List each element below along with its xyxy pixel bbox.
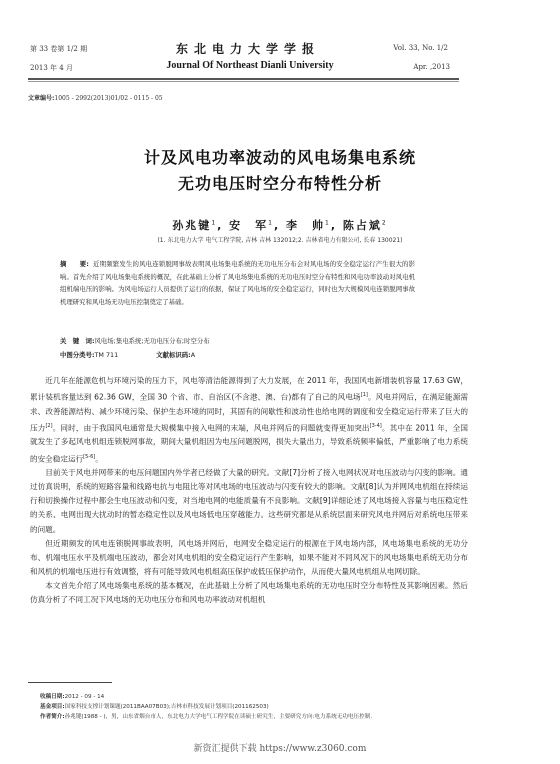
citation: [3-4] bbox=[370, 423, 382, 429]
author-affiliation-mark: 1 bbox=[268, 219, 274, 226]
journal-title-en: Journal Of Northeast Dianli University bbox=[150, 60, 350, 71]
doc-code-value: A bbox=[191, 351, 195, 359]
paragraph-3: 但近期频发的风电连锁脱网事故表明，风电场并网后，电网安全稳定运行的根源在于风电场… bbox=[30, 537, 468, 579]
journal-title-cn: 东北电力大学学报 bbox=[163, 40, 333, 57]
article-number-value: 1005 - 2992(2013)01/02 - 0115 - 05 bbox=[54, 95, 162, 102]
paragraph-4: 本文首先介绍了风电场集电系统的基本概况，在此基础上分析了风电场集电系统的无功电压… bbox=[30, 579, 468, 607]
author-bio: 作者简介:孙兆键(1988 - )，男，山东省烟台市人，东北电力大学电气工程学院… bbox=[40, 712, 480, 722]
affiliations: (1. 东北电力大学 电气工程学院, 吉林 吉林 132012;2. 吉林省电力… bbox=[60, 235, 500, 244]
classification: 中图分类号:TM 711文献标识码:A bbox=[60, 350, 195, 359]
author-name: 孙兆键 bbox=[172, 219, 211, 232]
author-list: 孙兆键1, 安 军1, 李 帅1, 陈占斌2 bbox=[100, 217, 460, 233]
paragraph-2: 目前关于风电并网带来的电压问题国内外学者已经做了大量的研究。文献[7]分析了接入… bbox=[30, 466, 468, 536]
article-number: 文章编号:1005 - 2992(2013)01/02 - 0115 - 05 bbox=[28, 93, 163, 102]
keywords: 关 键 词:风电场;集电系统;无功电压分布;时空分布 bbox=[60, 336, 210, 345]
article-number-label: 文章编号: bbox=[28, 95, 54, 102]
author-affiliation-mark: 2 bbox=[382, 219, 388, 226]
date-en: Apr. ,2013 bbox=[413, 63, 450, 71]
author-name: 李 帅 bbox=[286, 219, 325, 232]
clc-label: 中图分类号: bbox=[60, 351, 95, 359]
paper-title: 计及风电功率波动的风电场集电系统 无功电压时空分布特性分析 bbox=[90, 145, 470, 197]
fund-project: 基金项目:国家科技支撑计划课题(2011BAA07B03);吉林市科技发展计划项… bbox=[40, 702, 480, 712]
download-watermark: 新资汇提供下载 https://www.z3060.com bbox=[150, 741, 410, 754]
received-date: 收稿日期:2012 - 09 - 14 bbox=[40, 692, 480, 702]
abstract-text: 近期频繁发生的风电连锁脱网事故表明风电场集电系统的无功电压分布会对风电场的安全稳… bbox=[60, 260, 415, 306]
title-line-2: 无功电压时空分布特性分析 bbox=[90, 171, 470, 197]
citation: [2] bbox=[45, 423, 52, 429]
author-name: 安 军 bbox=[229, 219, 268, 232]
footnotes: 收稿日期:2012 - 09 - 14 基金项目:国家科技支撑计划课题(2011… bbox=[40, 692, 480, 722]
doc-code-label: 文献标识码: bbox=[156, 351, 191, 359]
paper-page: 第 33 卷第 1/2 期 2013 年 4 月 东北电力大学学报 Journa… bbox=[0, 0, 560, 764]
citation: [5-6] bbox=[83, 454, 95, 460]
keywords-text: 风电场;集电系统;无功电压分布;时空分布 bbox=[95, 337, 210, 345]
paragraph-1: 近几年在能源危机与环境污染的压力下，风电等清洁能源得到了大力发展，在 2011 … bbox=[30, 374, 468, 466]
volume-en: Vol. 33, No. 1/2 bbox=[393, 44, 448, 52]
abstract: 摘 要:近期频繁发生的风电连锁脱网事故表明风电场集电系统的无功电压分布会对风电场… bbox=[60, 258, 415, 308]
header-rule-thin bbox=[28, 81, 459, 82]
author-affiliation-mark: 1 bbox=[325, 219, 331, 226]
keywords-label: 关 键 词: bbox=[60, 337, 95, 345]
author-affiliation-mark: 1 bbox=[211, 219, 217, 226]
clc-value: TM 711 bbox=[95, 351, 119, 359]
footnote-rule bbox=[28, 682, 112, 683]
date-cn: 2013 年 4 月 bbox=[30, 63, 73, 73]
author-name: 陈占斌 bbox=[343, 219, 382, 232]
volume-cn: 第 33 卷第 1/2 期 bbox=[30, 44, 87, 54]
citation: [1] bbox=[361, 392, 368, 398]
body-text: 近几年在能源危机与环境污染的压力下，风电等清洁能源得到了大力发展，在 2011 … bbox=[30, 374, 468, 607]
header-rule bbox=[28, 78, 459, 80]
abstract-label: 摘 要: bbox=[60, 260, 89, 268]
title-line-1: 计及风电功率波动的风电场集电系统 bbox=[90, 145, 470, 171]
